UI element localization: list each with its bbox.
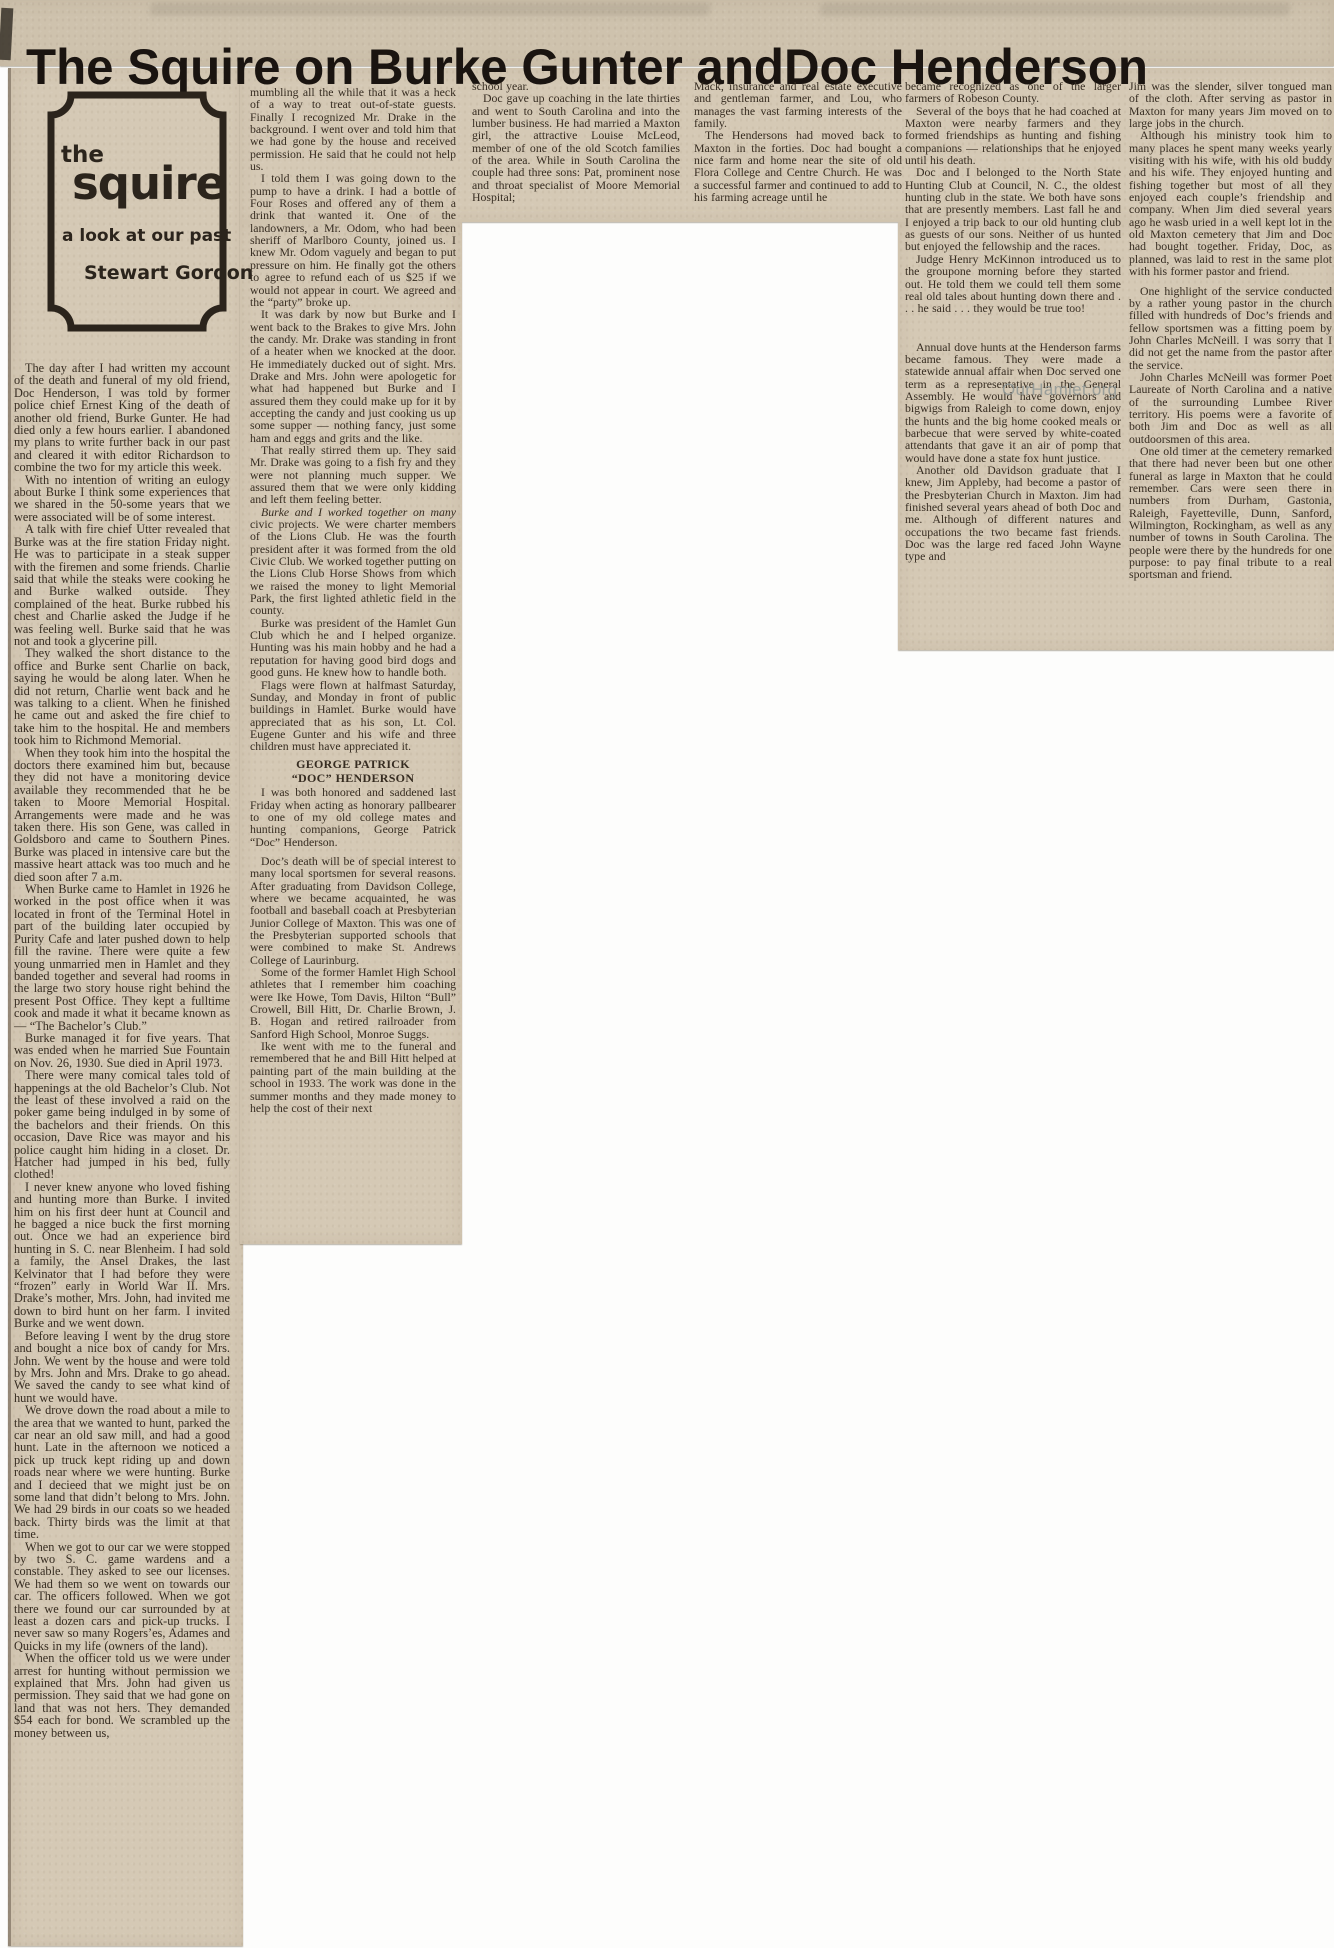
paragraph: Burke managed it for five years. That wa…	[14, 1032, 230, 1069]
paragraph: Before leaving I went by the drug store …	[14, 1330, 230, 1404]
watermark: OurHamlet.org	[1002, 380, 1117, 400]
paragraph: Some of the former Hamlet High School at…	[250, 966, 456, 1040]
paragraph: Judge Henry McKinnon introduced us to th…	[905, 253, 1121, 315]
paragraph: mumbling all the while that it was a hec…	[250, 86, 456, 172]
paragraph: When we got to our car we were stopped b…	[14, 1541, 230, 1653]
paragraph: A talk with fire chief Utter revealed th…	[14, 523, 230, 647]
notched-frame-icon	[46, 90, 228, 333]
paragraph: There were many comical tales told of ha…	[14, 1069, 230, 1181]
paragraph: The day after I had written my account o…	[14, 362, 230, 474]
paragraph: I was both honored and saddened last Fri…	[250, 786, 456, 848]
logo-tagline: a look at our past	[62, 226, 231, 246]
paragraph: Ike went with me to the funeral and reme…	[250, 1040, 456, 1114]
paragraph: When they took him into the hospital the…	[14, 747, 230, 883]
paragraph: One highlight of the service conducted b…	[1129, 285, 1332, 371]
paragraph: They walked the short distance to the of…	[14, 647, 230, 746]
paragraph: became recognized as one of the larger f…	[905, 80, 1121, 105]
article-col3: school year.Doc gave up coaching in the …	[472, 80, 680, 203]
article-col6: Jim was the slender, silver tongued man …	[1129, 80, 1332, 581]
ink-bleed-smudge	[819, 3, 1290, 16]
paragraph: I told them I was going down to the pump…	[250, 172, 456, 308]
paragraph: Another old Davidson graduate that I kne…	[905, 464, 1121, 563]
paragraph: We drove down the road about a mile to t…	[14, 1404, 230, 1540]
paragraph: John Charles McNeill was former Poet Lau…	[1129, 371, 1332, 445]
paragraph: Doc gave up coaching in the late thirtie…	[472, 92, 680, 203]
paragraph: Although his ministry took him to many p…	[1129, 129, 1332, 277]
paragraph: The Hendersons had moved back to Maxton …	[694, 129, 902, 203]
paragraph: Flags were flown at halfmast Saturday, S…	[250, 679, 456, 753]
logo-author: Stewart Gordon	[84, 262, 253, 284]
paragraph: Mack, insurance and real estate executiv…	[694, 80, 902, 129]
paragraph: When the officer told us we were under a…	[14, 1652, 230, 1739]
logo-word-squire: squire	[72, 157, 225, 210]
article-col5: became recognized as one of the larger f…	[905, 80, 1121, 563]
squire-logo: the squire a look at our past Stewart Go…	[46, 90, 228, 333]
section-heading: GEORGE PATRICK	[250, 758, 456, 770]
paragraph: Doc and I belonged to the North State Hu…	[905, 166, 1121, 252]
paragraph: That really stirred them up. They said M…	[250, 444, 456, 506]
ink-bleed-smudge	[149, 3, 711, 16]
article-col1: The day after I had written my account o…	[14, 362, 230, 1739]
paragraph: I never knew anyone who loved fishing an…	[14, 1181, 230, 1330]
paragraph: One old timer at the cemetery remarked t…	[1129, 445, 1332, 581]
section-heading: “DOC” HENDERSON	[250, 772, 456, 784]
paragraph: It was dark by now but Burke and I went …	[250, 308, 456, 444]
paragraph: Annual dove hunts at the Henderson farms…	[905, 341, 1121, 464]
paragraph: Several of the boys that he had coached …	[905, 105, 1121, 167]
paragraph: Burke and I worked together on many civi…	[250, 506, 456, 617]
newspaper-clipping-page: The Squire on Burke Gunter andDoc Hender…	[0, 0, 1334, 1948]
paragraph: Jim was the slender, silver tongued man …	[1129, 80, 1332, 129]
article-col4: Mack, insurance and real estate executiv…	[694, 80, 902, 203]
article-col2: mumbling all the while that it was a hec…	[250, 86, 456, 1114]
paragraph: With no intention of writing an eulogy a…	[14, 474, 230, 524]
paragraph: Burke was president of the Hamlet Gun Cl…	[250, 617, 456, 679]
paragraph: When Burke came to Hamlet in 1926 he wor…	[14, 883, 230, 1032]
paragraph: Doc’s death will be of special interest …	[250, 855, 456, 966]
